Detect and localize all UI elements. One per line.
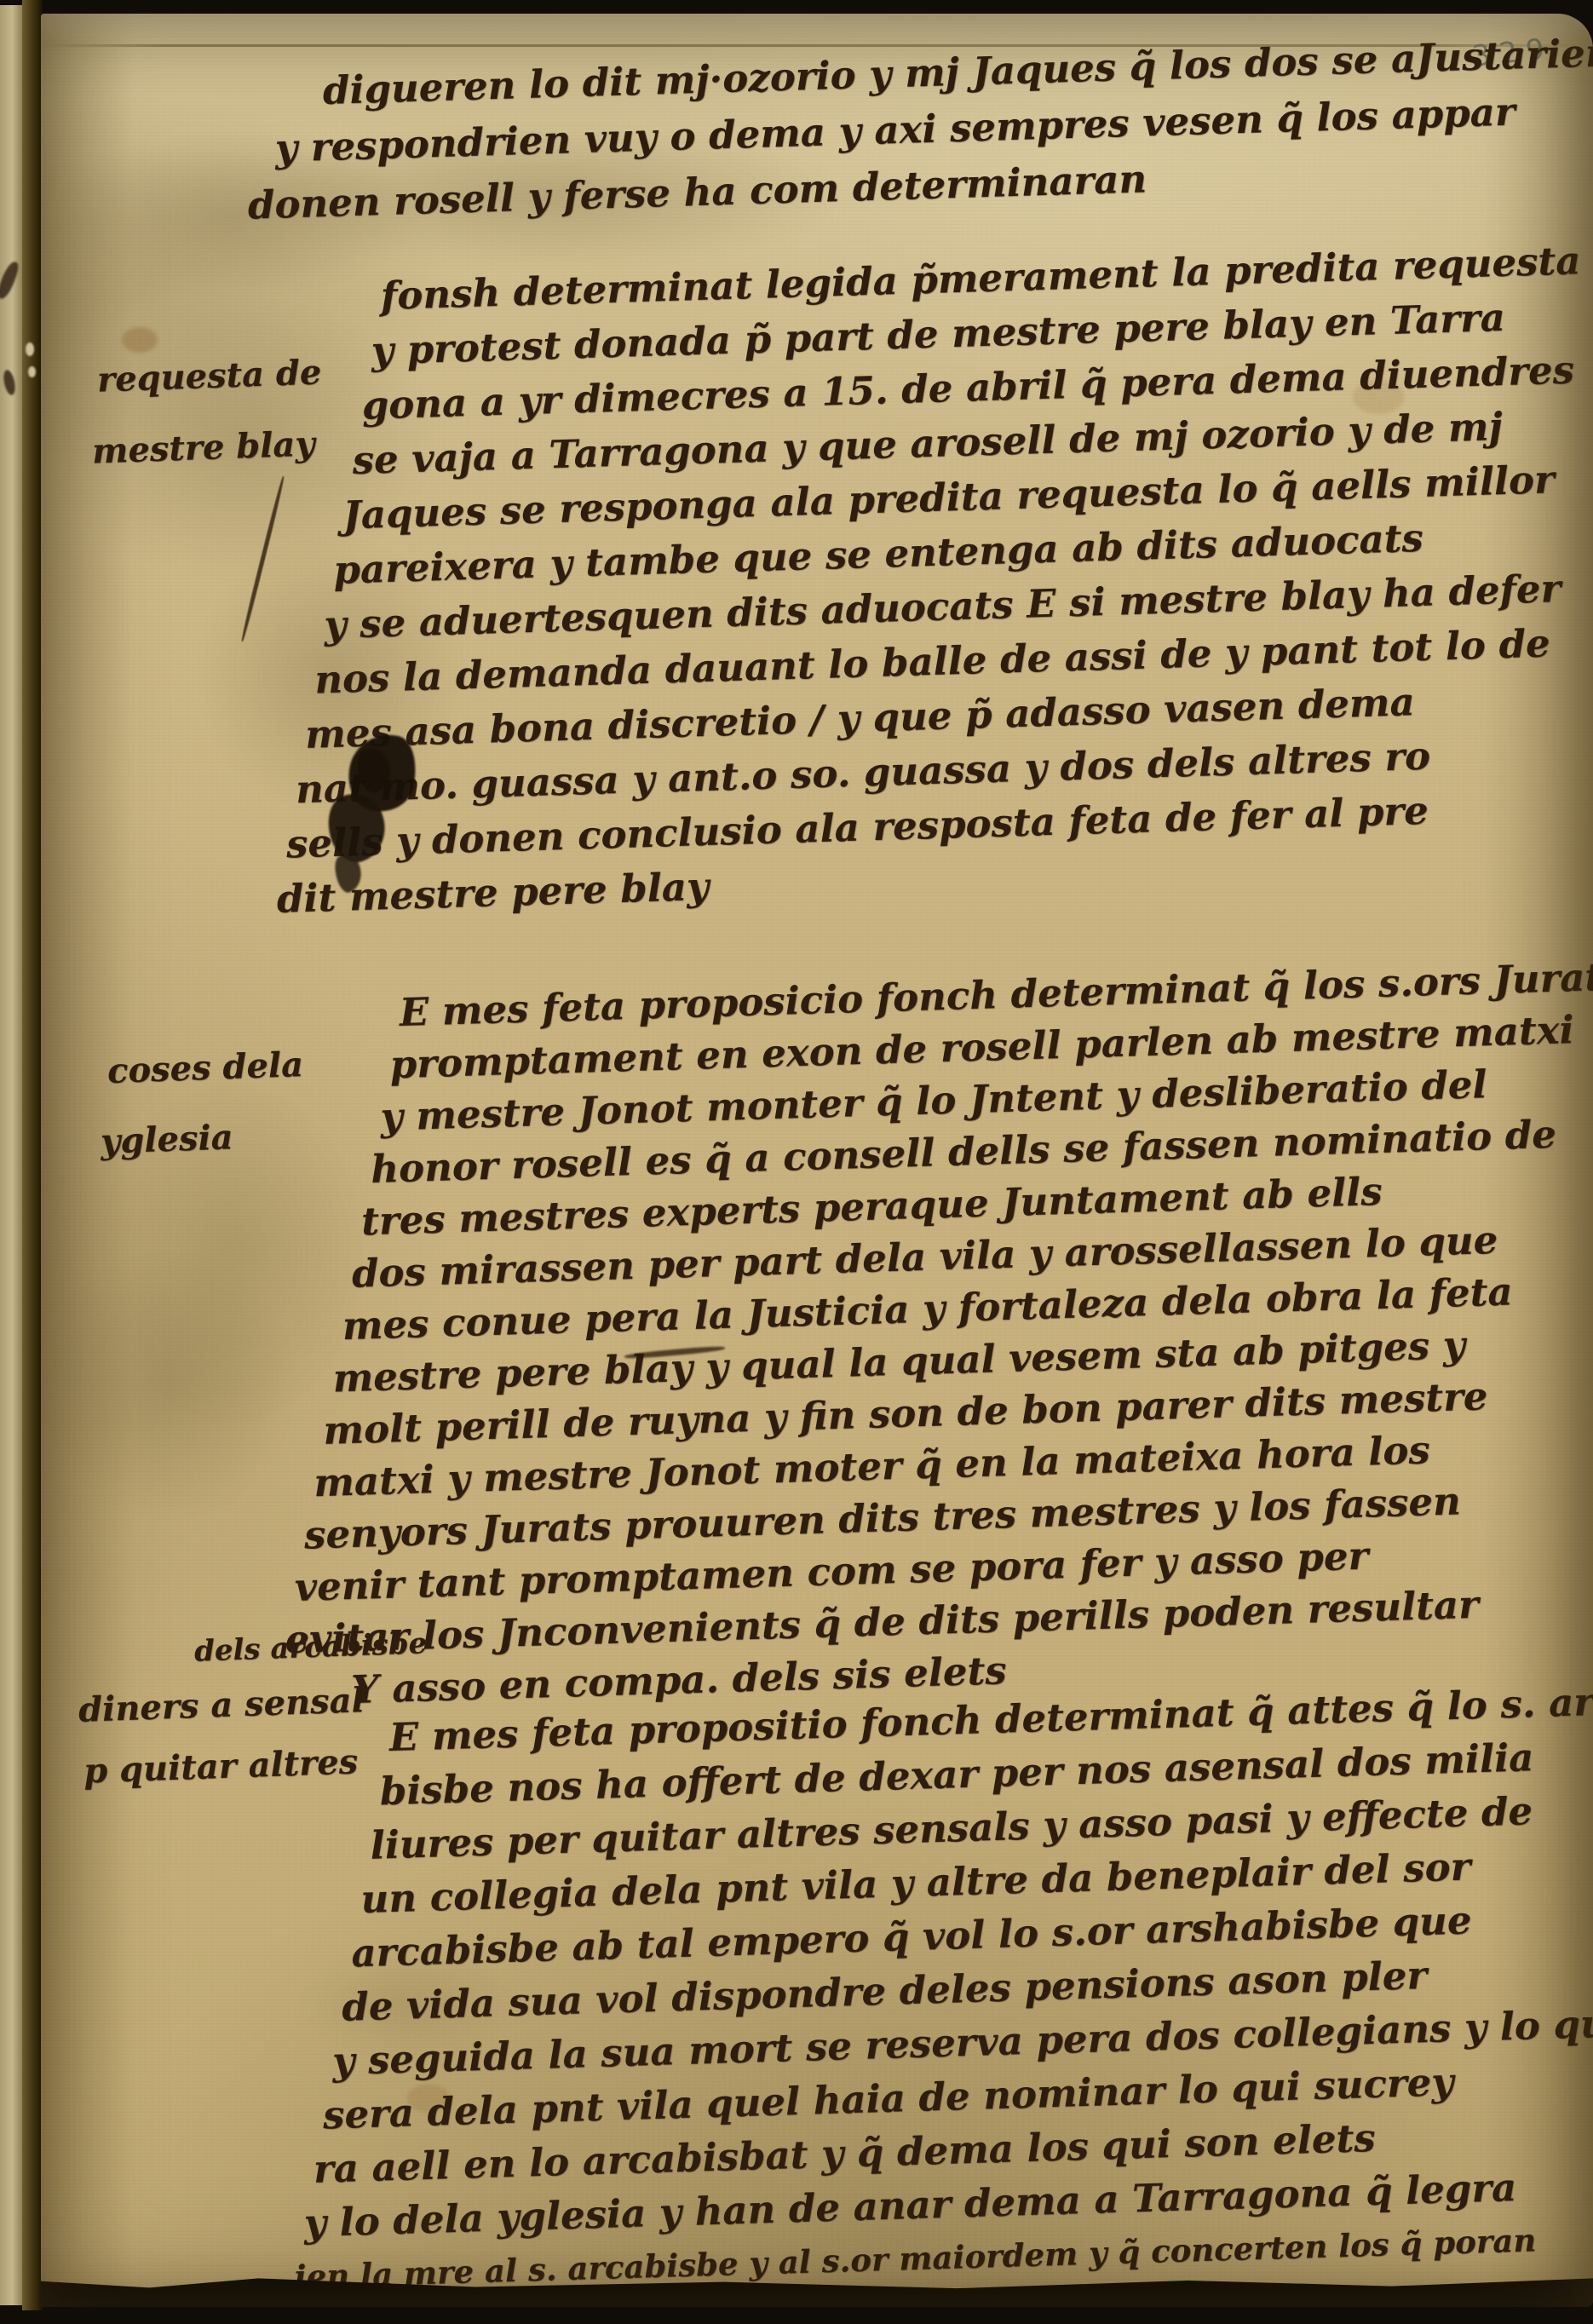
margin-note-arcabisbe-line3: p quitar altres <box>83 1741 359 1791</box>
bleedthrough-smudge <box>41 1249 296 1522</box>
paragraph-opening: digueren lo dit mj·ozorio y mj Jaques q̃… <box>322 25 1593 232</box>
margin-note-arcabisbe-line2: diners a sensal <box>78 1680 365 1730</box>
manuscript-page: 329 requesta de mestre blay coses dela y… <box>41 14 1593 2307</box>
margin-note-requesta-line2: mestre blay <box>91 423 315 471</box>
previous-page-edge <box>0 5 22 2305</box>
margin-note-coses-line1: coses dela <box>106 1044 303 1091</box>
paragraph-sensals: E mes feta propositio fonch determinat q… <box>388 1672 1593 2300</box>
paragraph-coses-yglesia: E mes feta proposicio fonch determinat q… <box>399 950 1593 1713</box>
manuscript-scan: 329 requesta de mestre blay coses dela y… <box>0 0 1593 2324</box>
binding-thread <box>26 342 34 356</box>
margin-note-flourish-stroke <box>240 475 285 641</box>
previous-page-ink-fragment <box>0 260 20 301</box>
previous-page-ink-fragment <box>2 369 17 396</box>
stain-spot <box>122 327 158 353</box>
binding-thread <box>28 366 36 377</box>
margin-note-coses-line2: yglesia <box>100 1117 233 1161</box>
paragraph-requesta: fonsh determinat legida p̃merament la pr… <box>380 233 1593 923</box>
margin-note-requesta-line1: requesta de <box>96 352 322 400</box>
ink-blot <box>341 733 426 861</box>
